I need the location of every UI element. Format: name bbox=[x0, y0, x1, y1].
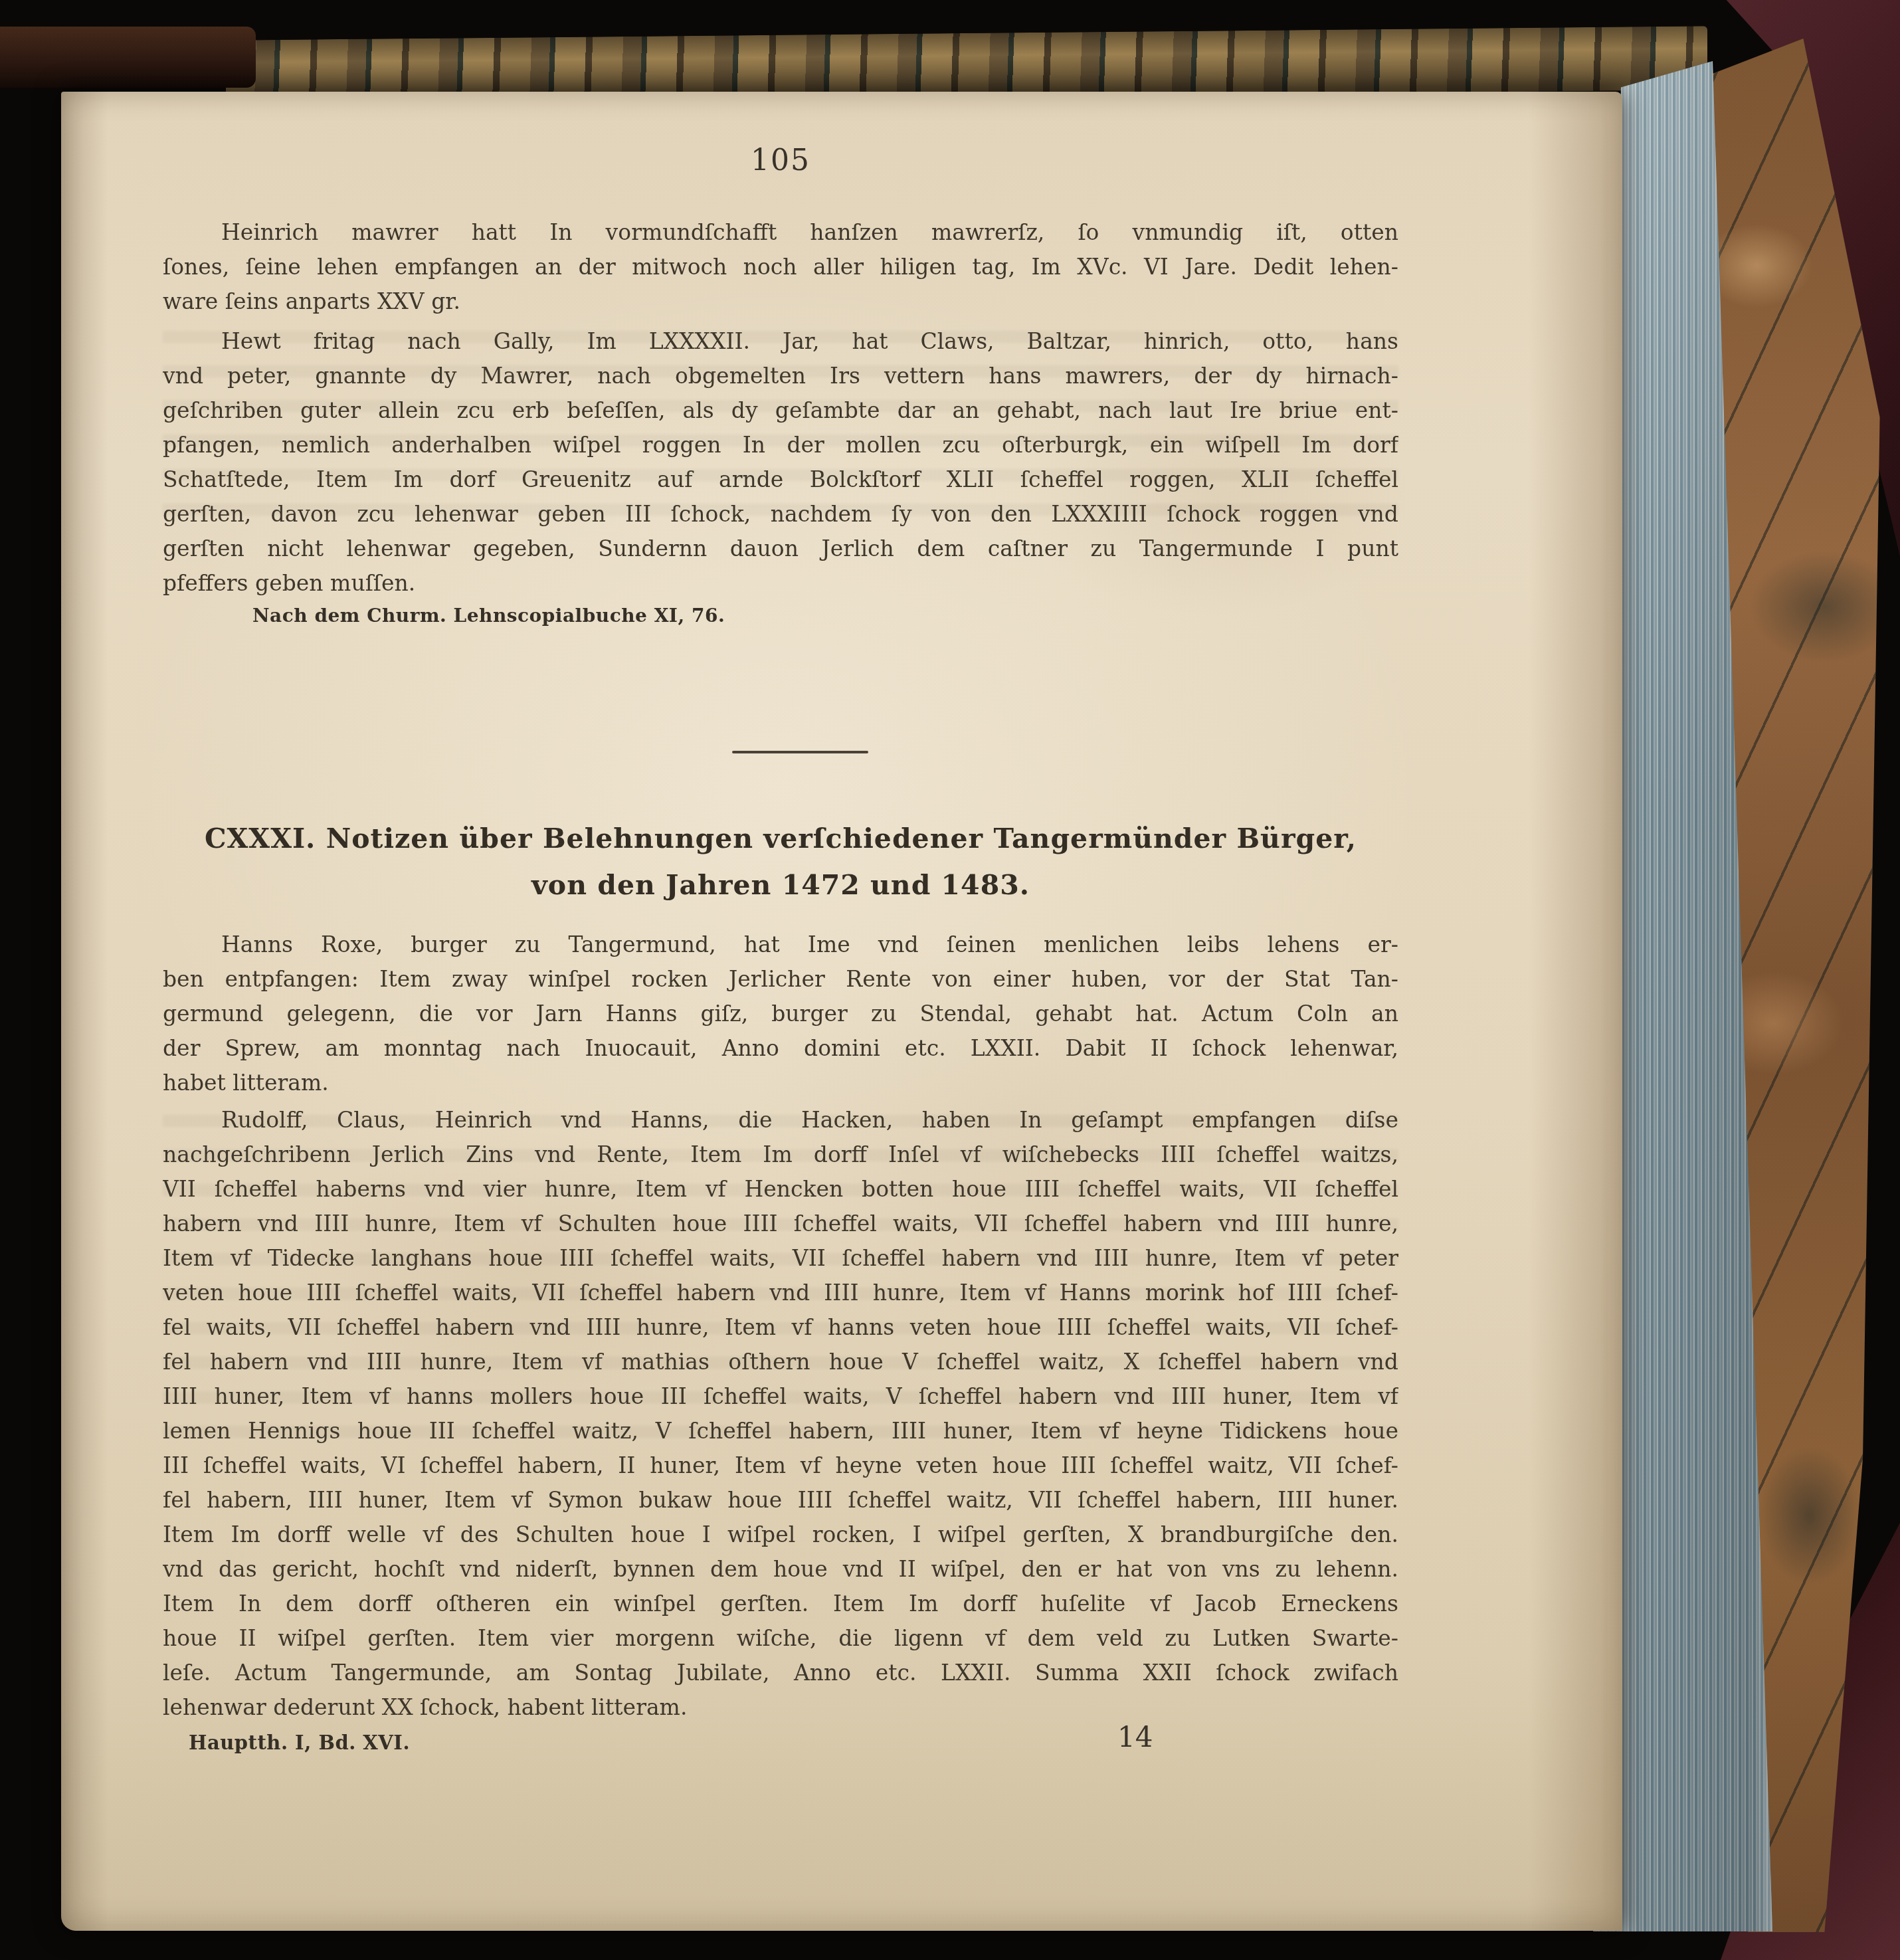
text-line: habern vnd IIII hunre, Item vf Schulten … bbox=[163, 1207, 1398, 1241]
book-scan: { "page": { "number": "105", "footer_lef… bbox=[0, 0, 1900, 1960]
paragraph-hanns-roxe: Hanns Roxe, burger zu Tangermund, hat Im… bbox=[163, 928, 1398, 1100]
text-line: ben entpfangen: Item zway winſpel rocken… bbox=[163, 962, 1398, 997]
text-line: houe II wiſpel gerſten. Item vier morgen… bbox=[163, 1621, 1398, 1656]
text-line: Item In dem dorff oſtheren ein winſpel g… bbox=[163, 1587, 1398, 1621]
text-line: pfeffers geben muſſen. bbox=[163, 566, 1398, 601]
spine-leather bbox=[0, 27, 256, 88]
book-page: 105 Heinrich mawrer hatt In vormundſchaf… bbox=[61, 92, 1622, 1931]
text-line: der Sprew, am monntag nach Inuocauit, An… bbox=[163, 1031, 1398, 1066]
text-line: Item vf Tidecke langhans houe IIII ſchef… bbox=[163, 1241, 1398, 1276]
text-line: III ſcheffel waits, VI ſcheffel habern, … bbox=[163, 1448, 1398, 1483]
text-line: geſchriben guter allein zcu erb beſeſſen… bbox=[163, 393, 1398, 428]
text-line: lehenwar dederunt XX ſchock, habent litt… bbox=[163, 1690, 1398, 1725]
section-divider-rule bbox=[732, 751, 868, 753]
text-line: leſe. Actum Tangermunde, am Sontag Jubil… bbox=[163, 1656, 1398, 1690]
text-line: fel habern, IIII huner, Item vf Symon bu… bbox=[163, 1483, 1398, 1518]
text-line: Schatſtede, Item Im dorf Greuenitz auf a… bbox=[163, 462, 1398, 497]
paragraph-heinrich-mawrer: Heinrich mawrer hatt In vormundſchafft h… bbox=[163, 215, 1398, 319]
source-citation: Nach dem Churm. Lehnscopialbuche XI, 76. bbox=[252, 605, 725, 627]
text-line: Hanns Roxe, burger zu Tangermund, hat Im… bbox=[163, 928, 1398, 962]
paragraph-hewt-fritag: Hewt fritag nach Gally, Im LXXXXII. Jar,… bbox=[163, 324, 1398, 601]
text-line: germund gelegenn, die vor Jarn Hanns giſ… bbox=[163, 997, 1398, 1031]
text-line: Heinrich mawrer hatt In vormundſchafft h… bbox=[163, 215, 1398, 250]
text-line: lemen Hennigs houe III ſcheffel waitz, V… bbox=[163, 1414, 1398, 1448]
text-line: vnd peter, gnannte dy Mawrer, nach obgem… bbox=[163, 359, 1398, 393]
page-number: 105 bbox=[163, 144, 1398, 181]
text-line: pfangen, nemlich anderhalben wiſpel rogg… bbox=[163, 428, 1398, 462]
section-heading-line2: von den Jahren 1472 und 1483. bbox=[163, 866, 1398, 904]
text-line: gerſten nicht lehenwar gegeben, Sundernn… bbox=[163, 532, 1398, 566]
text-line: gerſten, davon zcu lehenwar geben III ſc… bbox=[163, 497, 1398, 532]
text-line: ſones, ſeine lehen empfangen an der mitw… bbox=[163, 250, 1398, 284]
text-line: fel habern vnd IIII hunre, Item vf mathi… bbox=[163, 1345, 1398, 1379]
text-line: veten houe IIII ſcheffel waits, VII ſche… bbox=[163, 1276, 1398, 1310]
text-line: nachgeſchribenn Jerlich Zins vnd Rente, … bbox=[163, 1137, 1398, 1172]
text-line: Hewt fritag nach Gally, Im LXXXXII. Jar,… bbox=[163, 324, 1398, 359]
paragraph-rudolff-hacken: Rudolff, Claus, Heinrich vnd Hanns, die … bbox=[163, 1103, 1398, 1725]
text-line: ware ſeins anparts XXV gr. bbox=[163, 284, 1398, 319]
signature-mark: 14 bbox=[1117, 1721, 1153, 1753]
text-line: Rudolff, Claus, Heinrich vnd Hanns, die … bbox=[163, 1103, 1398, 1137]
text-line: fel waits, VII ſcheffel habern vnd IIII … bbox=[163, 1310, 1398, 1345]
text-line: IIII huner, Item vf hanns mollers houe I… bbox=[163, 1379, 1398, 1414]
text-line: vnd das gericht, hochſt vnd niderſt, byn… bbox=[163, 1552, 1398, 1587]
text-line: habet litteram. bbox=[163, 1066, 1398, 1100]
text-line: VII ſcheffel haberns vnd vier hunre, Ite… bbox=[163, 1172, 1398, 1207]
text-line: Item Im dorff welle vf des Schulten houe… bbox=[163, 1518, 1398, 1552]
running-footer: Hauptth. I, Bd. XVI. bbox=[189, 1731, 410, 1754]
section-heading-line1: CXXXI. Notizen über Belehnungen verſchie… bbox=[163, 820, 1398, 857]
